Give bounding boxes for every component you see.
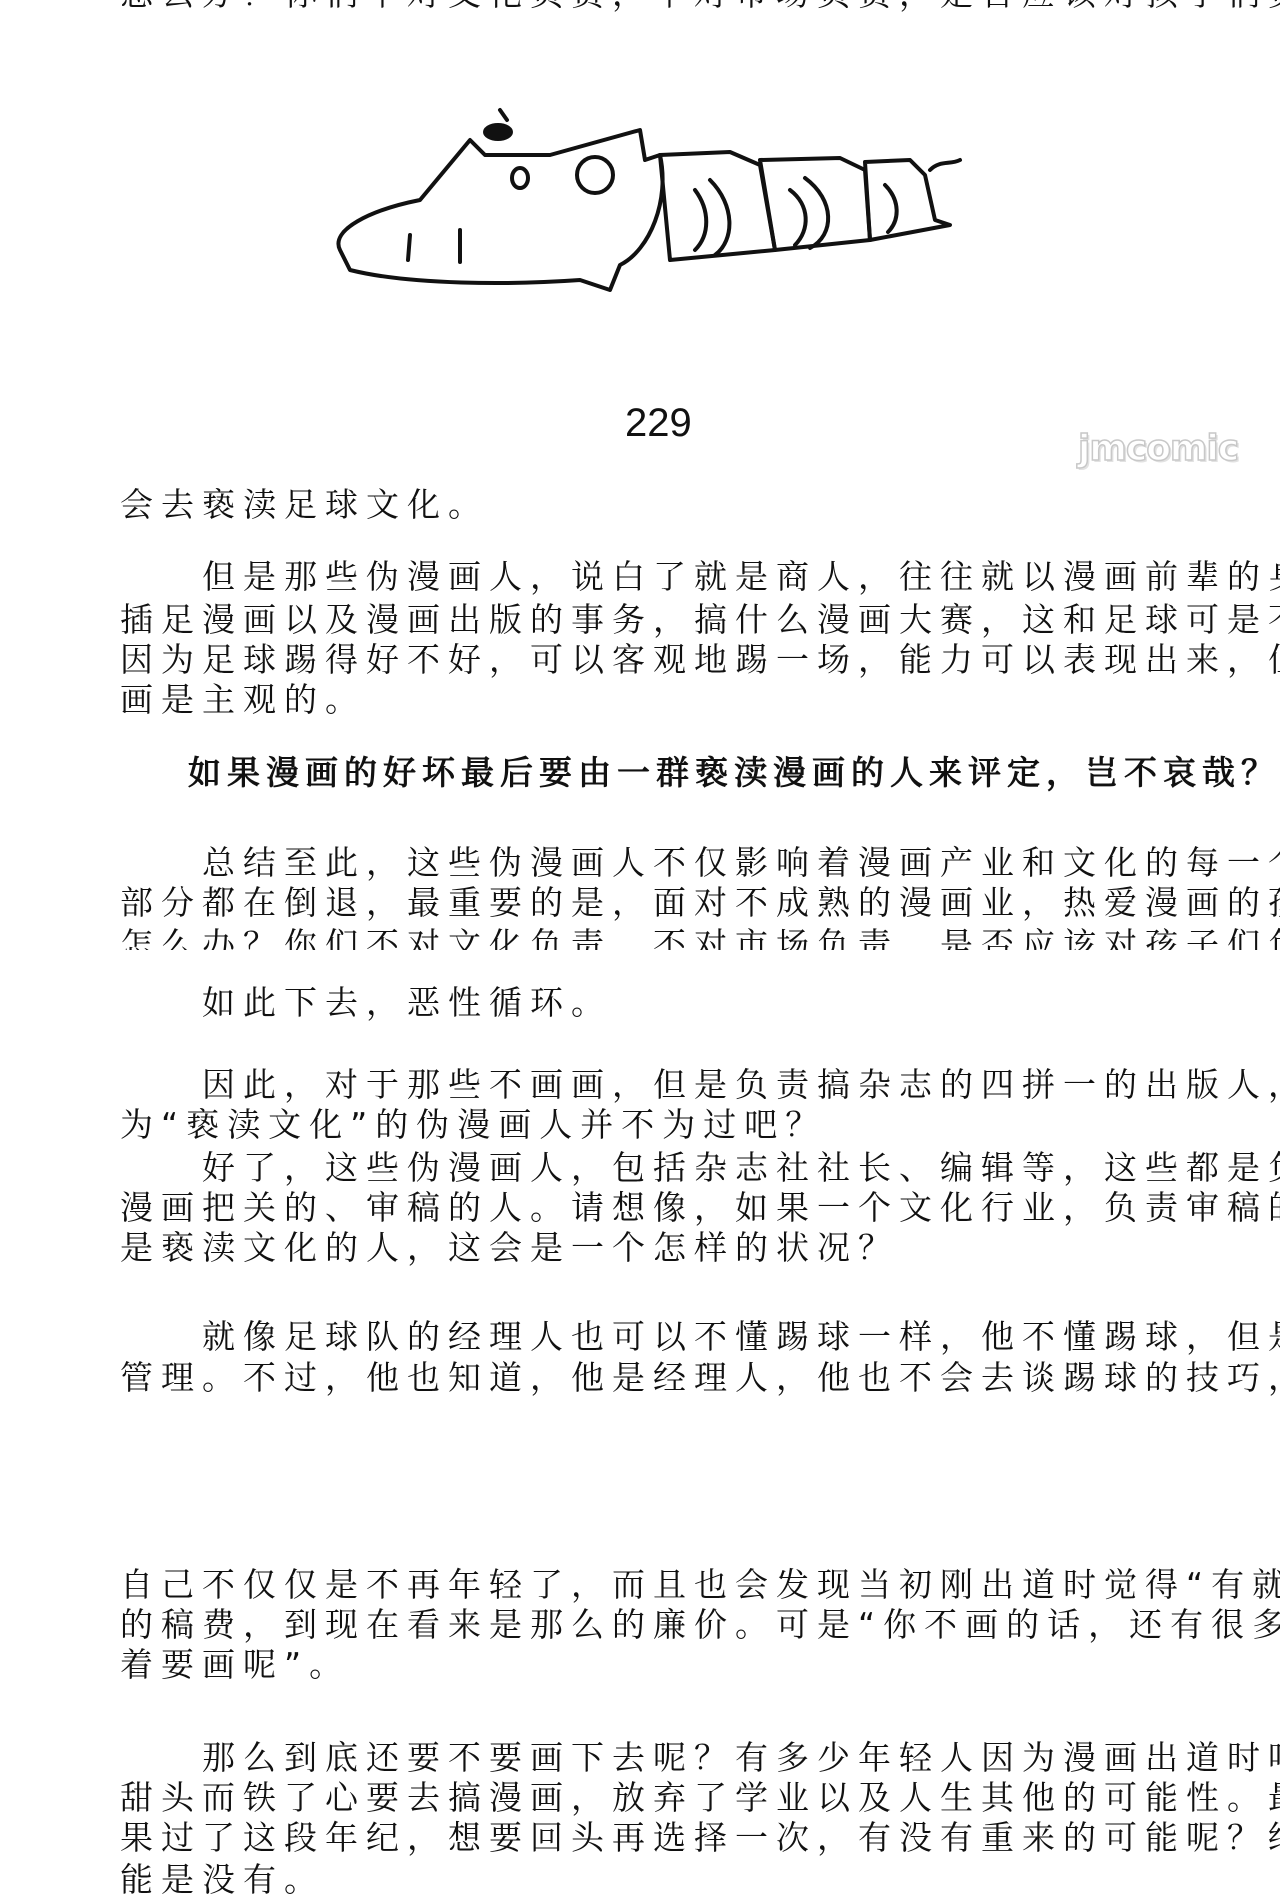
text-line: 能是没有。 bbox=[120, 1860, 325, 1900]
text-line: 怎么办？你们不对文化负责，不对市场负责，是否应该对孩子们负责？ bbox=[120, 0, 1280, 12]
text-line: 会去亵渎足球文化。 bbox=[120, 485, 489, 525]
text-line: 画是主观的。 bbox=[120, 680, 366, 720]
text-line: 自己不仅仅是不再年轻了，而且也会发现当初刚出道时觉得“有就不错” bbox=[120, 1565, 1280, 1605]
text-line: 管理。不过，他也知道，他是经理人，他也不会去谈踢球的技巧，也不 bbox=[120, 1358, 1280, 1398]
text-line: 是亵渎文化的人，这会是一个怎样的状况？ bbox=[120, 1228, 899, 1268]
text-line: 为“亵渎文化”的伪漫画人并不为过吧？ bbox=[120, 1105, 826, 1145]
text-line: 果过了这段年纪，想要回头再选择一次，有没有重来的可能呢？结论可 bbox=[120, 1818, 1280, 1858]
watermark-logo: jmcomic bbox=[1078, 428, 1238, 469]
text-line: 如此下去，恶性循环。 bbox=[202, 983, 612, 1023]
text-line: 总结至此，这些伪漫画人不仅影响着漫画产业和文化的每一个组成 bbox=[202, 843, 1280, 883]
text-line: 因为足球踢得好不好，可以客观地踢一场，能力可以表现出来，但是漫 bbox=[120, 640, 1280, 680]
text-line: 的稿费，到现在看来是那么的廉价。可是“你不画的话，还有很多人等 bbox=[120, 1605, 1280, 1645]
clipped-line: 怎么办？你们不对文化负责，不对市场负责，是否应该对孩子们负责？ bbox=[0, 925, 1280, 950]
text-line: 因此，对于那些不画画，但是负责搞杂志的四拼一的出版人，称其 bbox=[202, 1065, 1280, 1105]
page-number: 229 bbox=[625, 400, 692, 446]
clipped-top-line: 怎么办？你们不对文化负责，不对市场负责，是否应该对孩子们负责？ bbox=[0, 0, 1280, 12]
text-line: 着要画呢”。 bbox=[120, 1645, 350, 1685]
text-line: 甜头而铁了心要去搞漫画，放弃了学业以及人生其他的可能性。最后如 bbox=[120, 1778, 1280, 1818]
text-line: 插足漫画以及漫画出版的事务，搞什么漫画大赛，这和足球可是不同的， bbox=[120, 600, 1280, 640]
text-line: 怎么办？你们不对文化负责，不对市场负责，是否应该对孩子们负责？ bbox=[120, 925, 1280, 950]
text-line: 部分都在倒退，最重要的是，面对不成熟的漫画业，热爱漫画的孩子们 bbox=[120, 883, 1280, 923]
text-line: 漫画把关的、审稿的人。请想像，如果一个文化行业，负责审稿的人却 bbox=[120, 1188, 1280, 1228]
text-line: 那么到底还要不要画下去呢？有多少年轻人因为漫画出道时吃到了 bbox=[202, 1738, 1280, 1778]
cartoon-illustration-icon bbox=[310, 100, 970, 300]
bold-heading: 如果漫画的好坏最后要由一群亵渎漫画的人来评定，岂不哀哉？ bbox=[188, 753, 1280, 793]
text-line: 但是那些伪漫画人，说白了就是商人，往往就以漫画前辈的身份去 bbox=[202, 557, 1280, 597]
text-line: 好了，这些伪漫画人，包括杂志社社长、编辑等，这些都是负责给 bbox=[202, 1148, 1280, 1188]
text-line: 就像足球队的经理人也可以不懂踢球一样，他不懂踢球，但是懂得 bbox=[202, 1317, 1280, 1357]
